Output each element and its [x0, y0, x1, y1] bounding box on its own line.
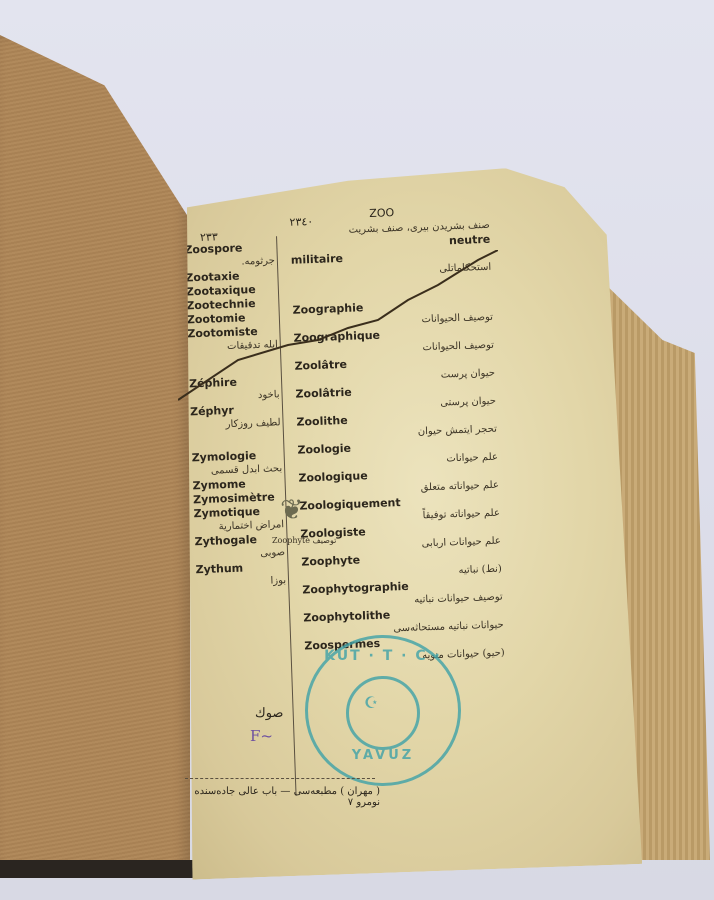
entry: صنف بشريدن بيرى، صنف بشريتneutre — [290, 219, 490, 240]
page-guide-word: ZOO — [369, 206, 394, 220]
book-cover-edge — [0, 860, 200, 878]
library-stamp: KUT · T · C · ☪ YAVUZ — [305, 635, 461, 786]
entry: Zéphireباخود — [189, 374, 280, 405]
stamp-inner-ring — [346, 676, 420, 750]
handwritten-note: صوك — [255, 706, 283, 721]
stamp-bottom-text: YAVUZ — [308, 748, 458, 763]
entry: Zoosporeجرثومه. — [184, 240, 275, 271]
stamp-top-text: KUT · T · C · — [308, 648, 458, 664]
footer-rule — [185, 778, 375, 779]
plant-caption: Zoophyte توصيف — [272, 536, 336, 545]
printer-imprint: ( مهران ) مطبعه‌سى — باب عالى جاده‌سنده … — [185, 786, 380, 808]
entry: militaireاستحكاماتلى — [291, 247, 492, 282]
handwritten-signature: F~ — [250, 727, 273, 745]
star-crescent-icon: ☪ — [364, 693, 378, 712]
plant-illustration-icon: ❦ — [280, 493, 303, 526]
entry: Zythumبوزا — [195, 560, 286, 591]
entry: Zymologieبحث ابدل قسمى — [191, 448, 282, 479]
left-column: Zoosporeجرثومه. Zootaxie Zootaxique Zoot… — [184, 240, 286, 591]
entry: Zootomisteايله تدقيقات — [187, 324, 278, 355]
right-column: صنف بشريدن بيرى، صنف بشريتneutre militai… — [290, 219, 505, 668]
entry: Zéphyrلطيف روزكار — [190, 402, 281, 433]
entry: Zymotiqueامراض اختمارية — [193, 504, 284, 535]
